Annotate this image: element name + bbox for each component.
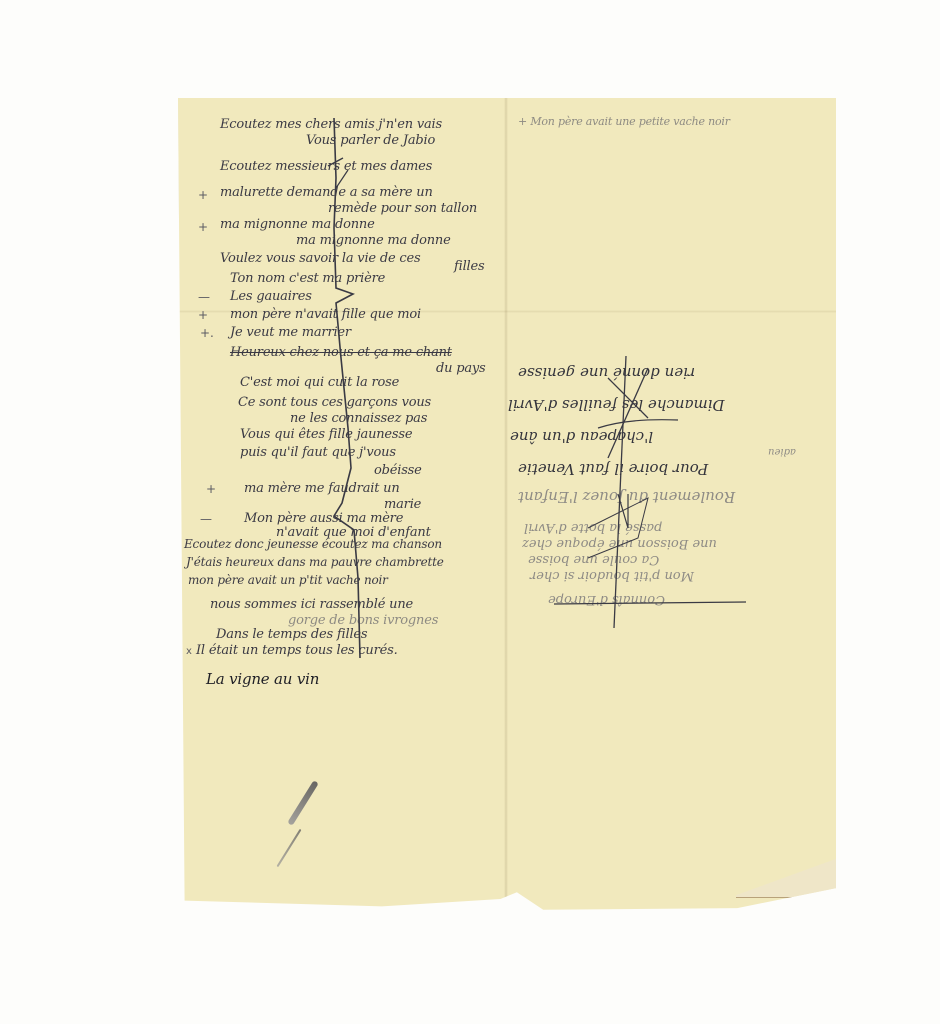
margin-mark: — — [198, 290, 210, 304]
song-line: ma mignonne ma donne — [296, 234, 451, 247]
song-line: Ton nom c'est ma prière — [230, 272, 385, 285]
song-line: C'est moi qui cuit la rose — [240, 376, 399, 389]
song-line: puis qu'il faut que j'vous — [240, 446, 396, 459]
upside-down-line: Pour boire il faut Venetie — [518, 460, 708, 478]
upside-down-line: Ca coule une boisse — [528, 552, 659, 567]
margin-scribble: adieu — [768, 446, 796, 457]
song-line: mon père avait un p'tit vache noir — [188, 574, 388, 586]
upside-down-line: Connaîs d'Europe — [548, 592, 665, 607]
margin-mark: + — [206, 482, 216, 496]
song-line: La vigne au vin — [206, 672, 319, 687]
margin-mark: + — [198, 188, 208, 202]
upside-down-line: une Boisson une époque chez — [522, 536, 717, 551]
ink-smudge — [276, 829, 301, 867]
song-line: ne les connaissez pas — [290, 412, 427, 425]
margin-mark: + — [198, 220, 208, 234]
song-line: Ecoutez mes chers amis j'n'en vais — [220, 118, 442, 131]
song-line: Ecoutez messieurs et mes dames — [220, 160, 432, 173]
song-line: malurette demande a sa mère un — [220, 186, 433, 199]
song-line: Mon père aussi ma mère — [244, 512, 403, 525]
song-line: ma mère me faudrait un — [244, 482, 400, 495]
song-line: Dans le temps des filles — [216, 628, 367, 641]
upside-down-line: Mon p'tit boudoir si cher — [530, 568, 694, 583]
song-line: Les gauaires — [230, 290, 312, 303]
song-line: Vous parler de Jabio — [306, 134, 435, 147]
song-line: obéisse — [374, 464, 422, 477]
ink-smudge — [287, 780, 319, 826]
song-line: Vous qui êtes fille jaunesse — [240, 428, 412, 441]
song-line: Ecoutez donc jeunesse écoutez ma chanson — [184, 538, 442, 550]
upside-down-line: Dimanche les feuilles d'Avril — [508, 396, 725, 414]
crossed-out-song-line: Heureux chez nous et ça me chant — [230, 346, 452, 359]
song-line: nous sommes ici rassemblé une — [210, 598, 413, 611]
margin-mark: — — [200, 512, 212, 526]
margin-mark: +. — [200, 326, 214, 340]
song-line: Ce sont tous ces garçons vous — [238, 396, 431, 409]
song-line: Il était un temps tous les curés. — [196, 644, 398, 657]
notebook-page: Ecoutez mes chers amis j'n'en vais Vous … — [178, 98, 836, 928]
pencil-song-line: + Mon père avait une petite vache noir — [518, 116, 730, 127]
song-line: J'étais heureux dans ma pauvre chambrett… — [186, 556, 444, 568]
song-line: remède pour son tallon — [328, 202, 477, 215]
folded-corner — [736, 857, 836, 898]
song-line: du pays — [436, 362, 486, 375]
margin-mark: x — [186, 646, 192, 657]
song-line: mon père n'avait fille que moi — [230, 308, 421, 321]
margin-mark: + — [198, 308, 208, 322]
upside-down-line: l'chapeau d'un âne — [510, 428, 653, 446]
upside-down-line: Roulement du Jouez l'Enfant — [518, 488, 735, 506]
song-line: Je veut me marrier — [230, 326, 351, 339]
song-line: gorge de bons ivrognes — [288, 614, 438, 627]
center-fold-crease — [504, 98, 508, 928]
song-line: marie — [384, 498, 421, 511]
upside-down-line: passé la botte d'Avril — [524, 520, 662, 535]
song-line: ma mignonne ma donne — [220, 218, 375, 231]
song-line: filles — [454, 260, 484, 273]
upside-down-line: rien donné une genisse — [518, 364, 695, 382]
song-line: Voulez vous savoir la vie de ces — [220, 252, 420, 265]
